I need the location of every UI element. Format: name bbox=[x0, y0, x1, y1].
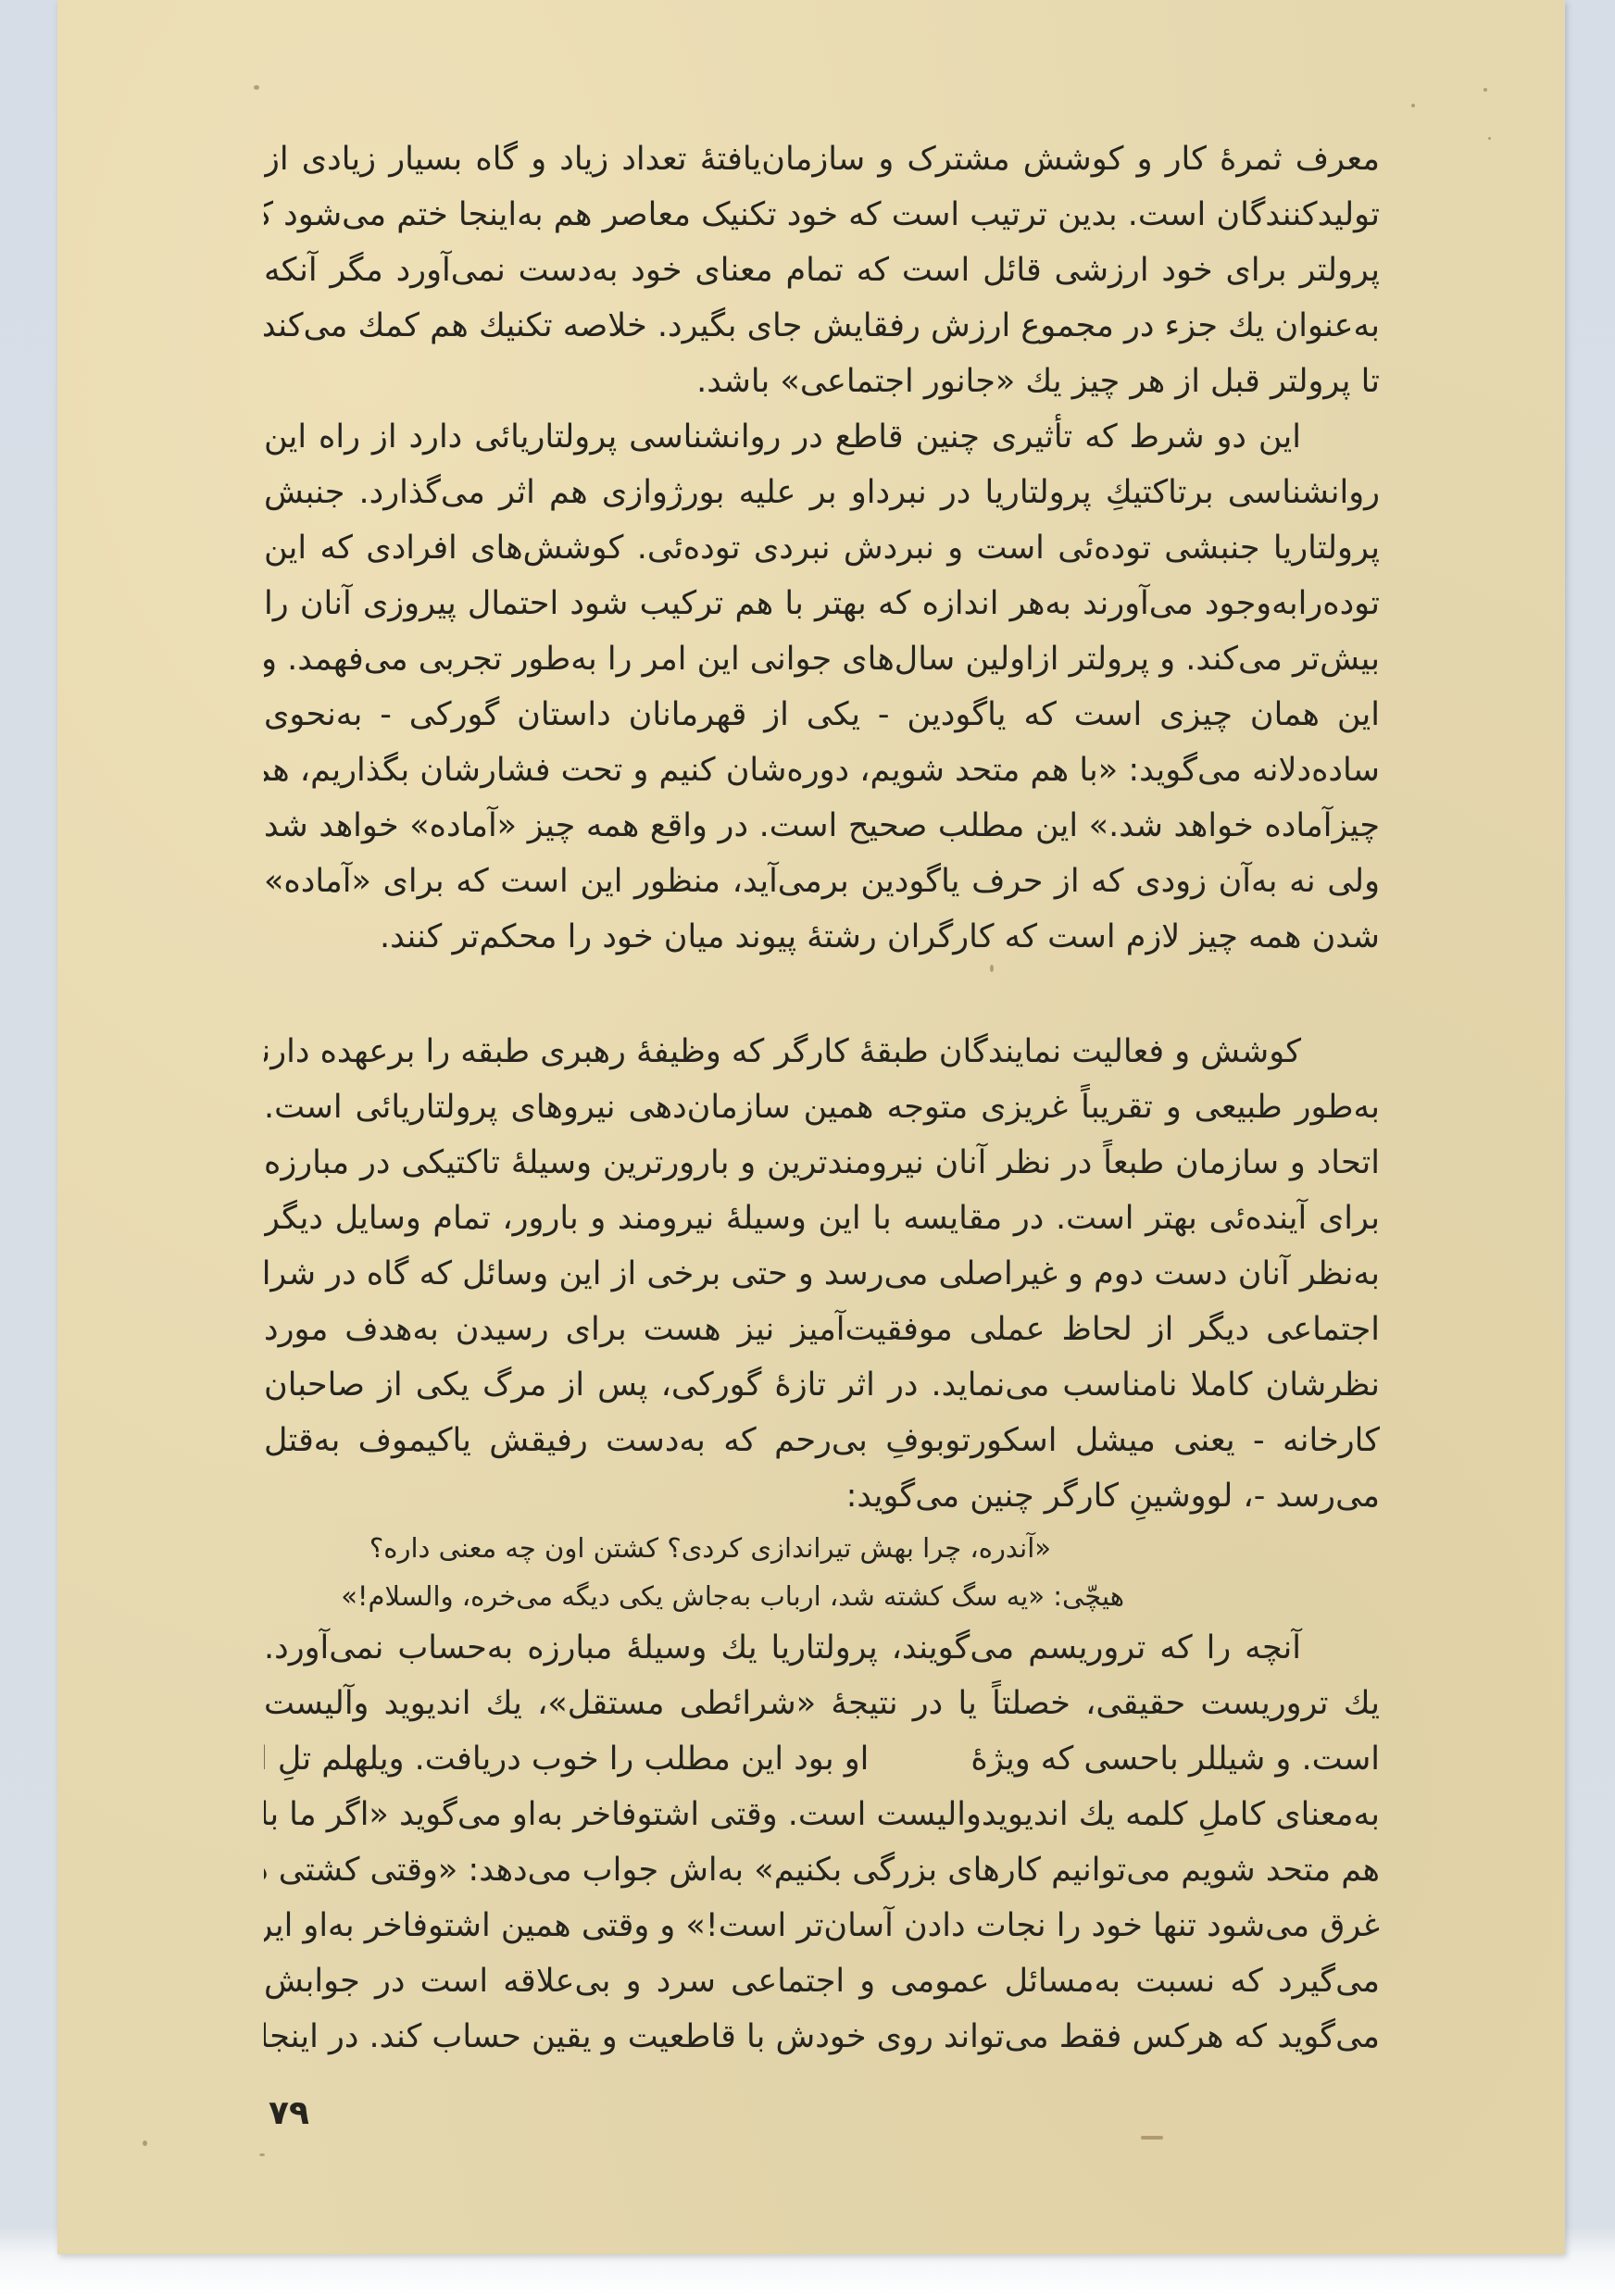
text-line: برای آینده‌ئی بهتر است. در مقایسه با این… bbox=[264, 1191, 1380, 1246]
text-line: بیش‌تر می‌کند. و پرولتر ازاولین سال‌های … bbox=[264, 631, 1380, 687]
paper-speck bbox=[1488, 137, 1491, 140]
page-number: ۷۹ bbox=[269, 2094, 309, 2132]
text-line: غرق می‌شود تنها خود را نجات دادن آسان‌تر… bbox=[264, 1898, 1380, 1953]
text-line: روانشناسی برتاکتیكِ پرولتاریا در نبرداو … bbox=[264, 465, 1380, 520]
text-line: ساده‌دلانه می‌گوید: «با هم متحد شویم، دو… bbox=[264, 742, 1380, 798]
paper-speck bbox=[1484, 88, 1487, 92]
text-line: آنچه را که تروریسم می‌گویند، پرولتاریا ی… bbox=[264, 1620, 1380, 1676]
text-line: کوشش و فعالیت نمایندگان طبقهٔ کارگر که و… bbox=[264, 1024, 1380, 1079]
text-line: اتحاد و سازمان طبعاً در نظر آنان نیرومند… bbox=[264, 1135, 1380, 1191]
paper-speck bbox=[143, 2140, 147, 2146]
text-line: چیزآماده خواهد شد.» این مطلب صحیح است. د… bbox=[264, 798, 1380, 854]
text-line: تولیدکنندگان است. بدین ترتیب است که خود … bbox=[264, 187, 1380, 243]
text-segment: او بود این مطلب را خوب دریافت. ویلهلم تل… bbox=[264, 1741, 869, 1778]
text-line: می‌گیرد که نسبت به‌مسائل عمومی و اجتماعی… bbox=[264, 1953, 1380, 2009]
text-line: پرولتر برای خود ارزشی قائل است که تمام م… bbox=[264, 243, 1380, 298]
paper-speck bbox=[259, 2153, 265, 2156]
paragraph-2: این دو شرط که تأثیری چنین قاطع در روانشن… bbox=[264, 409, 1380, 965]
text-line: نظرشان کاملا نامناسب می‌نماید. در اثر تا… bbox=[264, 1357, 1380, 1413]
text-segment: است. و شیللر باحسی که ویژهٔ bbox=[970, 1741, 1380, 1778]
paragraph-3: کوشش و فعالیت نمایندگان طبقهٔ کارگر که و… bbox=[264, 1024, 1380, 1620]
text-line: شدن همه چیز لازم است که کارگران رشتهٔ پی… bbox=[264, 909, 1380, 965]
text-line: معرف ثمرهٔ کار و کوشش مشترک و سازمان‌یاف… bbox=[264, 131, 1380, 187]
text-line: ولی نه به‌آن زودی که از حرف یاگودین برمی… bbox=[264, 854, 1380, 909]
paragraph-1: معرف ثمرهٔ کار و کوشش مشترک و سازمان‌یاف… bbox=[264, 131, 1380, 409]
paper-speck bbox=[254, 85, 259, 90]
text-line: این همان چیزی است که یاگودین - یکی از قه… bbox=[264, 687, 1380, 742]
text-line: تا پرولتر قبل از هر چیز یك «جانور اجتماع… bbox=[264, 354, 1380, 409]
text-line: به‌معنای کاملِ کلمه یك اندیویدوالیست است… bbox=[264, 1787, 1380, 1842]
text-line: اجتماعی دیگر از لحاظ عملی موفقیت‌آمیز نی… bbox=[264, 1302, 1380, 1357]
text-line: کارخانه - یعنی میشل اسکورتوبوفِ بی‌رحم ک… bbox=[264, 1413, 1380, 1468]
dialogue-quote: «آندره، چرا بهش تیراندازی کردی؟ کشتن اون… bbox=[264, 1524, 1380, 1572]
dialogue-quote: هیچّی: «یه سگ کشته شد، ارباب به‌جاش یکی … bbox=[264, 1572, 1380, 1620]
text-line: هم متحد شویم می‌توانیم کارهای بزرگی بکنی… bbox=[264, 1842, 1380, 1898]
text-line: به‌نظر آنان دست دوم و غیراصلی می‌رسد و ح… bbox=[264, 1246, 1380, 1302]
paragraph-4: آنچه را که تروریسم می‌گویند، پرولتاریا ی… bbox=[264, 1620, 1380, 2065]
body-text: معرف ثمرهٔ کار و کوشش مشترک و سازمان‌یاف… bbox=[264, 131, 1380, 2065]
text-line: می‌گوید که هرکس فقط می‌تواند روی خودش با… bbox=[264, 2009, 1380, 2065]
text-line: توده‌رابه‌وجود می‌آورند به‌هر اندازه که … bbox=[264, 576, 1380, 631]
paper-speck bbox=[1141, 2136, 1163, 2140]
text-line-with-gap: است. و شیللر باحسی که ویژهٔاو بود این مط… bbox=[264, 1731, 1380, 1787]
paper-speck bbox=[1411, 104, 1415, 107]
text-line: پرولتاریا جنبشی توده‌ئی است و نبردش نبرد… bbox=[264, 520, 1380, 576]
text-line: یك تروریست حقیقی، خصلتاً یا در نتیجهٔ «ش… bbox=[264, 1676, 1380, 1731]
text-line: به‌طور طبیعی و تقریباً غریزی متوجه همین … bbox=[264, 1079, 1380, 1135]
text-line: به‌عنوان یك جزء در مجموع ارزش رفقایش جای… bbox=[264, 298, 1380, 354]
text-line: این دو شرط که تأثیری چنین قاطع در روانشن… bbox=[264, 409, 1380, 465]
text-line: می‌رسد -، لووشینِ کارگر چنین می‌گوید: bbox=[264, 1468, 1380, 1524]
section-gap bbox=[264, 965, 1380, 1024]
